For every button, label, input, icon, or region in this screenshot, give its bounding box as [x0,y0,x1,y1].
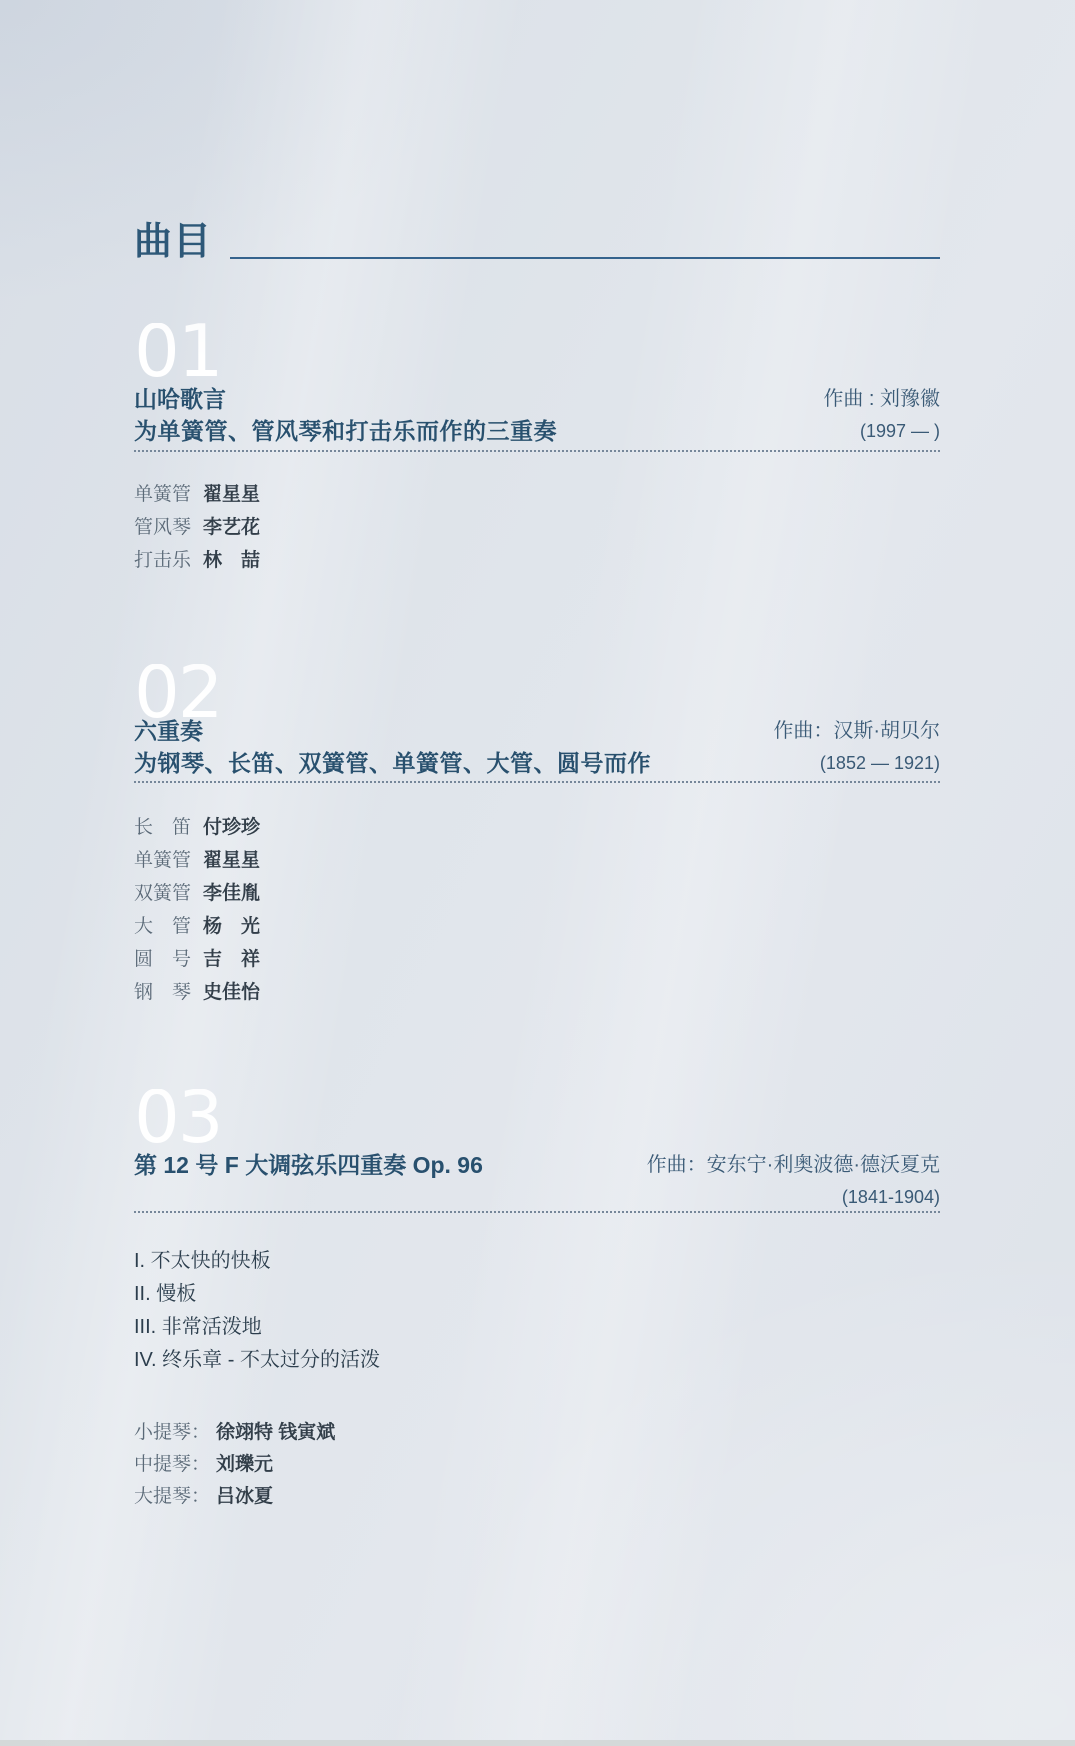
performer-role: 大提琴： [134,1481,210,1513]
performer-name: 杨 光 [203,910,260,943]
performer-row: 钢 琴 史佳怡 [134,976,940,1009]
program-content: 曲目 01 山哈歌言 为单簧管、管风琴和打击乐而作的三重奏 作曲 : 刘豫徽 (… [134,0,940,1513]
title-rule [230,257,940,259]
performer-role: 管风琴 [134,511,191,544]
composer-credit: 作曲：汉斯·胡贝尔 [773,715,940,747]
performer-name: 付珍珍 [203,811,260,844]
performer-row: 打击乐 林 喆 [134,544,940,577]
section-header: 六重奏 为钢琴、长笛、双簧管、单簧管、大管、圆号而作 作曲：汉斯·胡贝尔 (18… [134,715,940,779]
program-page: 曲目 01 山哈歌言 为单簧管、管风琴和打击乐而作的三重奏 作曲 : 刘豫徽 (… [0,0,1075,1746]
piece-subtitle: 为钢琴、长笛、双簧管、单簧管、大管、圆号而作 [134,747,651,779]
dotted-divider [134,450,940,452]
performer-role: 双簧管 [134,877,191,910]
composer-block: 作曲 : 刘豫徽 (1997 — ) [803,383,940,447]
performer-role: 单簧管 [134,844,191,877]
performer-row: 中提琴： 刘瓅元 [134,1449,940,1481]
performer-list: 长 笛 付珍珍 单簧管 翟星星 双簧管 李佳胤 大 管 杨 光 圆 号 吉 [134,811,940,1009]
performer-role: 中提琴： [134,1449,210,1481]
program-item-2: 02 六重奏 为钢琴、长笛、双簧管、单簧管、大管、圆号而作 作曲：汉斯·胡贝尔 … [134,664,940,1009]
piece-title: 第 12 号 F 大调弦乐四重奏 Op. 96 [134,1149,483,1181]
performer-name: 林 喆 [203,544,260,577]
section-header: 第 12 号 F 大调弦乐四重奏 Op. 96 作曲：安东宁·利奥波德·德沃夏克… [134,1149,940,1213]
section-number: 01 [134,323,940,379]
performer-list: 小提琴： 徐翊特 钱寅斌 中提琴： 刘瓅元 大提琴： 吕冰夏 [134,1417,940,1513]
section-number: 03 [134,1089,940,1145]
performer-role: 打击乐 [134,544,191,577]
performer-role: 大 管 [134,910,191,943]
page-title: 曲目 [134,222,212,262]
program-item-3: 03 第 12 号 F 大调弦乐四重奏 Op. 96 作曲：安东宁·利奥波德·德… [134,1089,940,1513]
performer-row: 单簧管 翟星星 [134,844,940,877]
performer-row: 单簧管 翟星星 [134,478,940,511]
section-titles: 六重奏 为钢琴、长笛、双簧管、单簧管、大管、圆号而作 [134,715,651,779]
composer-block: 作曲：安东宁·利奥波德·德沃夏克 (1841-1904) [627,1149,940,1213]
movement-item: III. 非常活泼地 [134,1311,940,1344]
movement-item: II. 慢板 [134,1278,940,1311]
bottom-edge-strip [0,1740,1075,1746]
performer-list: 单簧管 翟星星 管风琴 李艺花 打击乐 林 喆 [134,478,940,577]
movement-list: I. 不太快的快板 II. 慢板 III. 非常活泼地 IV. 终乐章 - 不太… [134,1245,940,1377]
performer-row: 大 管 杨 光 [134,910,940,943]
performer-row: 管风琴 李艺花 [134,511,940,544]
movement-item: IV. 终乐章 - 不太过分的活泼 [134,1344,940,1377]
performer-row: 大提琴： 吕冰夏 [134,1481,940,1513]
performer-name: 李艺花 [203,511,260,544]
piece-title: 六重奏 [134,715,651,747]
performer-name: 吉 祥 [203,943,260,976]
piece-title: 山哈歌言 [134,383,557,415]
performer-name: 徐翊特 钱寅斌 [216,1417,335,1449]
composer-years: (1841-1904) [842,1181,940,1213]
performer-name: 吕冰夏 [216,1481,273,1513]
performer-name: 刘瓅元 [216,1449,273,1481]
program-item-1: 01 山哈歌言 为单簧管、管风琴和打击乐而作的三重奏 作曲 : 刘豫徽 (199… [134,323,940,577]
piece-subtitle: 为单簧管、管风琴和打击乐而作的三重奏 [134,415,557,447]
performer-role: 圆 号 [134,943,191,976]
composer-years: (1852 — 1921) [820,747,940,779]
performer-row: 长 笛 付珍珍 [134,811,940,844]
composer-years: (1997 — ) [860,415,940,447]
dotted-divider [134,781,940,783]
section-header: 山哈歌言 为单簧管、管风琴和打击乐而作的三重奏 作曲 : 刘豫徽 (1997 —… [134,383,940,447]
section-number: 02 [134,664,940,720]
composer-block: 作曲：汉斯·胡贝尔 (1852 — 1921) [753,715,940,779]
section-titles: 第 12 号 F 大调弦乐四重奏 Op. 96 [134,1149,483,1181]
performer-name: 翟星星 [203,844,260,877]
performer-name: 李佳胤 [203,877,260,910]
performer-row: 双簧管 李佳胤 [134,877,940,910]
composer-credit: 作曲：安东宁·利奥波德·德沃夏克 [647,1149,940,1181]
performer-row: 圆 号 吉 祥 [134,943,940,976]
movement-item: I. 不太快的快板 [134,1245,940,1278]
page-header: 曲目 [134,0,940,262]
section-titles: 山哈歌言 为单簧管、管风琴和打击乐而作的三重奏 [134,383,557,447]
composer-credit: 作曲 : 刘豫徽 [823,383,940,415]
performer-row: 小提琴： 徐翊特 钱寅斌 [134,1417,940,1449]
performer-name: 史佳怡 [203,976,260,1009]
performer-role: 长 笛 [134,811,191,844]
performer-role: 小提琴： [134,1417,210,1449]
performer-role: 单簧管 [134,478,191,511]
performer-role: 钢 琴 [134,976,191,1009]
performer-name: 翟星星 [203,478,260,511]
